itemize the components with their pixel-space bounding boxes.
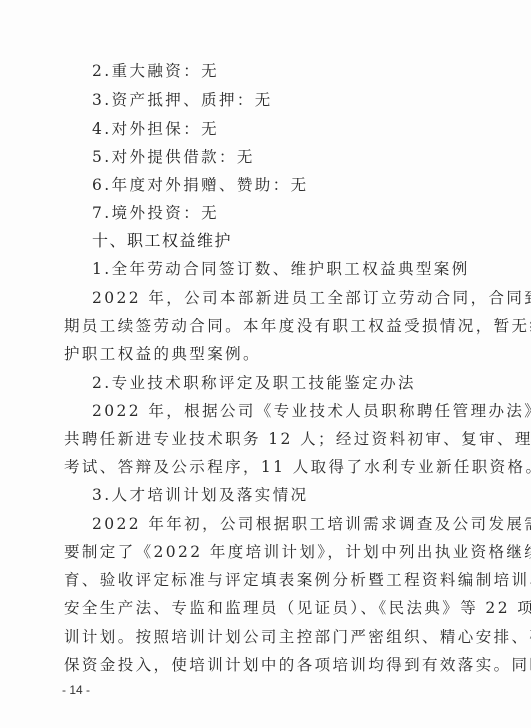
paragraph-line: 育、验收评定标准与评定填表案例分析暨工程资料编制培训、: [64, 570, 464, 590]
subheading-training-plan: 3.人才培训计划及落实情况: [92, 485, 492, 505]
item-external-loans: 5.对外提供借款：无: [92, 147, 492, 167]
item-external-guarantee: 4.对外担保：无: [92, 119, 492, 139]
paragraph-line: 期员工续签劳动合同。本年度没有职工权益受损情况，暂无维: [64, 316, 464, 336]
paragraph-line: 共聘任新进专业技术职务 12 人；经过资料初审、复审、理论: [64, 429, 464, 449]
paragraph-line: 安全生产法、专监和监理员（见证员）、《民法典》等 22 项培: [64, 598, 464, 618]
item-overseas-investment: 7.境外投资：无: [92, 203, 492, 223]
item-donations: 6.年度对外捐赠、赞助：无: [92, 175, 492, 195]
paragraph-line: 保资金投入，使培训计划中的各项培训均得到有效落实。同时，: [64, 655, 464, 675]
paragraph-line: 训计划。按照培训计划公司主控部门严密组织、精心安排、确: [64, 627, 464, 647]
item-asset-mortgage: 3.资产抵押、质押：无: [92, 90, 492, 110]
page-number: - 14 -: [62, 683, 90, 697]
paragraph-line: 要制定了《2022 年度培训计划》，计划中列出执业资格继续教: [64, 542, 464, 562]
document-page: 2.重大融资：无 3.资产抵押、质押：无 4.对外担保：无 5.对外提供借款：无…: [0, 0, 531, 728]
paragraph-line: 2022 年，根据公司《专业技术人员职称聘任管理办法》，: [92, 401, 492, 421]
subheading-professional-titles: 2.专业技术职称评定及职工技能鉴定办法: [92, 373, 492, 393]
paragraph-line: 2022 年年初，公司根据职工培训需求调查及公司发展需: [92, 514, 492, 534]
paragraph-line: 护职工权益的典型案例。: [64, 344, 464, 364]
paragraph-line: 2022 年，公司本部新进员工全部订立劳动合同，合同到: [92, 288, 492, 308]
section-heading-employee-rights: 十、职工权益维护: [92, 231, 492, 251]
paragraph-line: 考试、答辩及公示程序，11 人取得了水利专业新任职资格。: [64, 457, 464, 477]
item-major-financing: 2.重大融资：无: [92, 61, 492, 81]
subheading-labor-contracts: 1.全年劳动合同签订数、维护职工权益典型案例: [92, 259, 492, 279]
